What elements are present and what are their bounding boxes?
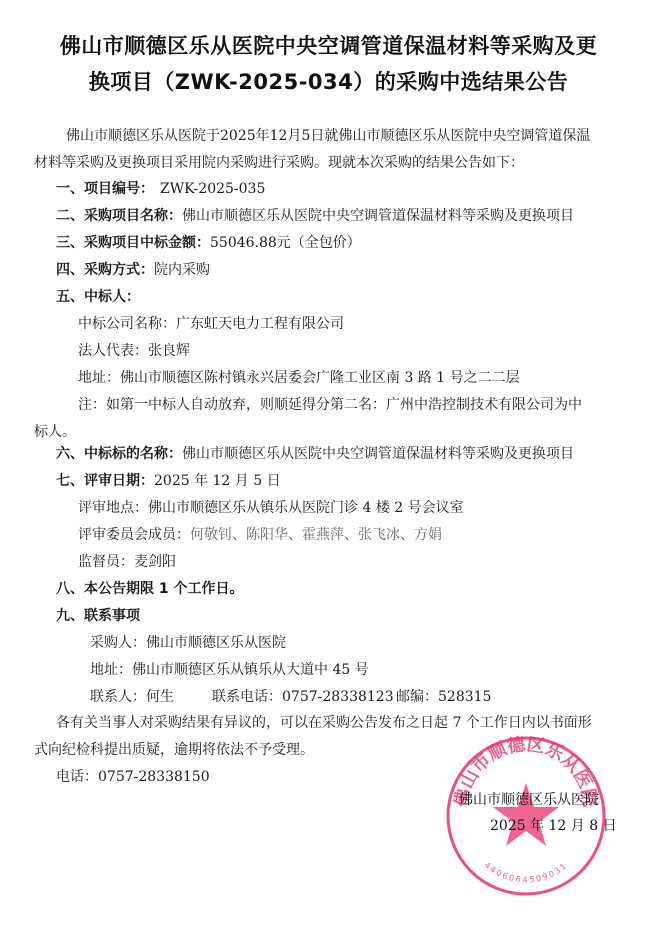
section-label: 四、采购方式：: [56, 262, 154, 278]
committee-members: 何敬钊、陈阳华、霍燕萍、张飞冰、方娟: [190, 527, 442, 543]
intro-line-1: 佛山市顺德区乐从医院于2025年12月5日就佛山市顺德区乐从医院中央空调管道保温: [66, 127, 590, 145]
section-label: 一、项目编号：: [56, 181, 154, 197]
review-location: 评审地点：佛山市顺德区乐从镇乐从医院门诊 4 楼 2 号会议室: [78, 499, 464, 517]
section-project-number: 一、项目编号：ZWK-2025-035: [56, 180, 265, 198]
winner-address: 地址：佛山市顺德区陈村镇永兴居委会广隆工业区南 3 路 1 号之二二层: [78, 369, 520, 387]
section-contact-heading: 九、联系事项: [56, 607, 140, 625]
subject-name: 佛山市顺德区乐从医院中央空调管道保温材料等采购及更换项目: [182, 446, 574, 462]
review-supervisor: 监督员：麦剑阳: [78, 553, 176, 571]
document-title-line-1: 佛山市顺德区乐从医院中央空调管道保温材料等采购及更: [0, 30, 657, 60]
section-winner-heading: 五、中标人：: [56, 288, 140, 306]
contact-person: 联系人：何生: [90, 688, 174, 706]
project-number: ZWK-2025-035: [160, 181, 265, 197]
signature-organization: 佛山市顺德区乐从医院: [459, 789, 599, 809]
section-label: 六、中标标的名称：: [56, 446, 182, 462]
discipline-phone: 电话：0757-28338150: [56, 768, 210, 786]
section-label: 七、评审日期：: [56, 473, 154, 489]
objection-line-1: 各有关当事人对采购结果有异议的，可以在采购公告发布之日起 7 个工作日内以书面形: [56, 714, 592, 732]
document-title-line-2: 换项目（ZWK-2025-034）的采购中选结果公告: [0, 66, 657, 96]
winner-note-line-2: 标人。: [34, 423, 76, 441]
procurement-method: 院内采购: [154, 262, 210, 278]
review-committee: 评审委员会成员：何敬钊、陈阳华、霍燕萍、张飞冰、方娟: [78, 526, 442, 544]
svg-text:4406064509031: 4406064509031: [483, 861, 570, 885]
signature-date: 2025 年 12 月 8 日: [490, 815, 617, 835]
winner-company: 中标公司名称：广东虹天电力工程有限公司: [78, 315, 344, 333]
section-notice-period: 八、本公告期限 1 个工作日。: [56, 580, 244, 598]
objection-line-2: 式向纪检科提出质疑，逾期将依法不予受理。: [34, 741, 314, 759]
section-bid-amount: 三、采购项目中标金额：55046.88元（全包价）: [56, 234, 361, 252]
winner-legal-rep: 法人代表：张良辉: [78, 342, 190, 360]
contact-postcode: 邮编：528315: [396, 688, 491, 706]
contact-phone: 联系电话：0757-28338123: [212, 688, 394, 706]
section-review-date: 七、评审日期：2025 年 12 月 5 日: [56, 472, 281, 490]
section-label: 三、采购项目中标金额：: [56, 235, 210, 251]
review-date: 2025 年 12 月 5 日: [154, 473, 281, 489]
project-name: 佛山市顺德区乐从医院中央空调管道保温材料等采购及更换项目: [182, 208, 574, 224]
bid-amount: 55046.88元（全包价）: [210, 235, 361, 251]
intro-line-2: 材料等采购及更换项目采用院内采购进行采购。现就本次采购的结果公告如下：: [34, 154, 524, 172]
winner-note-line-1: 注：如第一中标人自动放弃，则顺延得分第二名：广州中浩控制技术有限公司为中: [78, 396, 582, 414]
committee-label: 评审委员会成员：: [78, 527, 190, 543]
section-subject-name: 六、中标标的名称：佛山市顺德区乐从医院中央空调管道保温材料等采购及更换项目: [56, 445, 574, 463]
section-label: 二、采购项目名称：: [56, 208, 182, 224]
stamp-code: 4406064509031: [483, 861, 570, 885]
contact-address: 地址：佛山市顺德区乐从镇乐从大道中 45 号: [90, 661, 369, 679]
section-procurement-method: 四、采购方式：院内采购: [56, 261, 210, 279]
section-project-name: 二、采购项目名称：佛山市顺德区乐从医院中央空调管道保温材料等采购及更换项目: [56, 207, 574, 225]
contact-purchaser: 采购人：佛山市顺德区乐从医院: [90, 634, 286, 652]
